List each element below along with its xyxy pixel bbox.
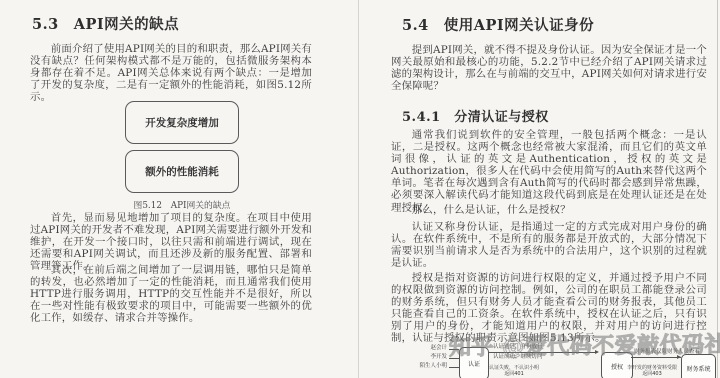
page-right-edge-line: [717, 0, 718, 378]
right-page: 5.4 使用API网关认证身份 提到API网关，就不得不提及身份认证。因为安全保…: [389, 0, 707, 378]
fig513-label-authz-code: 返回403: [642, 371, 662, 377]
left-paragraph-3: 其次，在前后端之间增加了一层调用链，哪怕只是简单的转发，也必然增加了一定的性能消…: [30, 264, 312, 324]
section-5-3-heading: 5.3 API网关的缺点: [32, 13, 179, 34]
page-divider-line: [358, 0, 359, 378]
figure-box-dev-complexity: 开发复杂度增加: [125, 101, 239, 144]
figure-5-13-fragment: 赵会计 李开发 陌生人小明 认证 认证通过，身份放行 认证成功，继续访问 认证失…: [389, 0, 707, 378]
figure-5-12-caption: 图5.12 API网关的缺点: [112, 198, 252, 211]
fig513-label-authz-limited: 李开发的财务资料受限 返回403: [627, 366, 677, 378]
fig513-input-accountant: 赵会计: [411, 345, 447, 351]
figure-box-perf-cost: 额外的性能消耗: [125, 150, 239, 193]
fig513-input-developer: 李开发: [411, 354, 447, 360]
fig513-label-fail: 认证失败，不认识小明 返回401: [489, 366, 539, 378]
fig513-arrow-line: [449, 367, 459, 368]
figure-5-12: 开发复杂度增加 额外的性能消耗 图5.12 API网关的缺点: [112, 101, 252, 211]
left-paragraph-1: 前面介绍了使用API网关的目的和职责，那么API网关有没有缺点？任何架构模式都不…: [30, 43, 312, 103]
left-page: 5.3 API网关的缺点 前面介绍了使用API网关的目的和职责，那么API网关有…: [30, 0, 332, 378]
fig513-label-fail-code: 返回401: [504, 371, 524, 377]
fig513-input-stranger: 陌生人小明: [401, 363, 447, 369]
zhihu-watermark: 知乎 @爱代码不爱敲代码社区: [449, 327, 720, 361]
